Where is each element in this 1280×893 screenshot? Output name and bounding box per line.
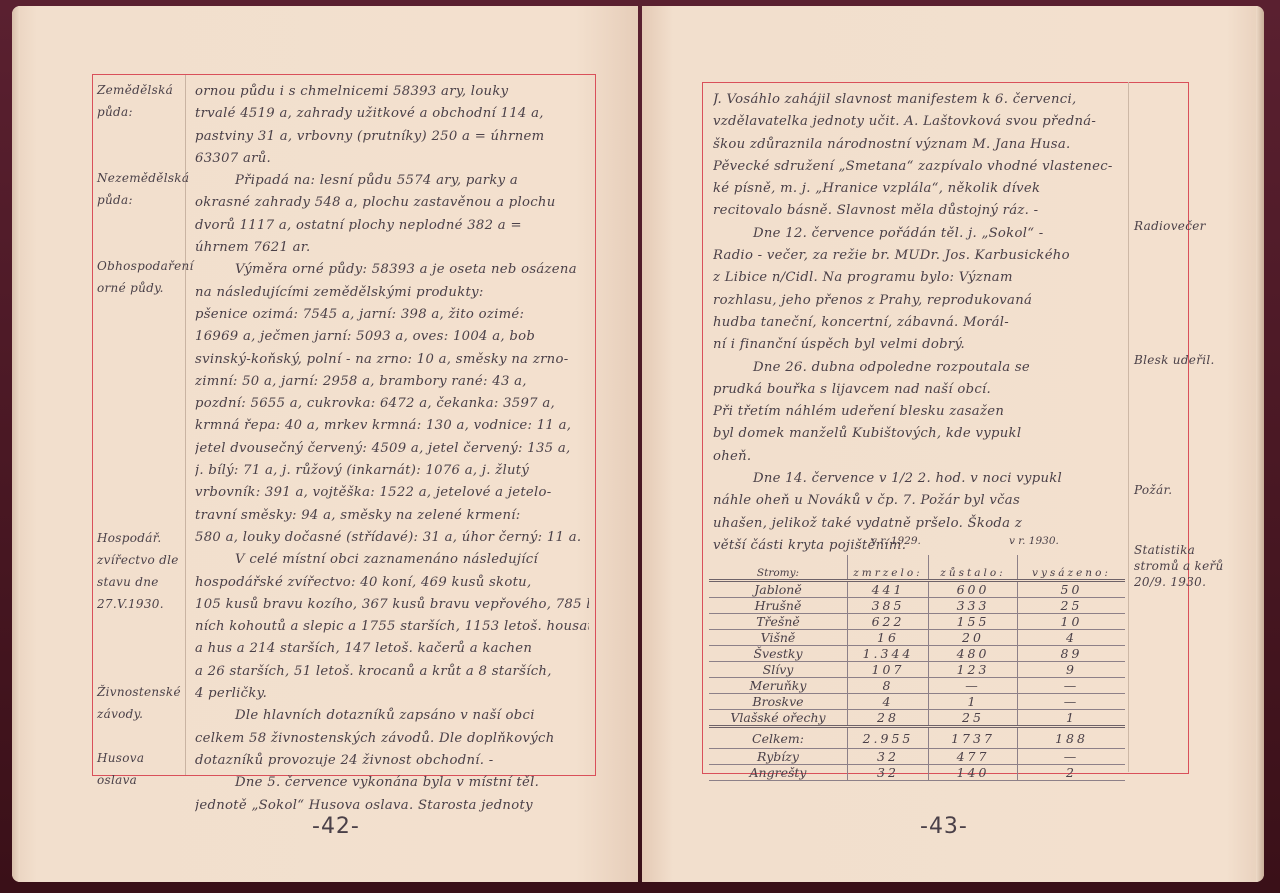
table-cell-froze: 622 <box>848 614 929 630</box>
table-cell-planted: — <box>1018 749 1126 765</box>
text-line: na následujícími zemědělskými produkty: <box>195 282 589 304</box>
side-note: Požár. <box>1134 482 1224 498</box>
text-line: svinský-koňský, polní - na zrno: 10 a, s… <box>195 349 589 371</box>
outer-margin-rule <box>1128 82 1129 772</box>
tree-statistics-table: Stromy: zmrzelo: zůstalo: vysázeno: Jabl… <box>709 555 1125 781</box>
table-cell-froze: 441 <box>848 581 929 598</box>
table-cell-planted: 89 <box>1018 646 1126 662</box>
text-line: Výměra orné půdy: 58393 a je oseta neb o… <box>195 259 589 281</box>
table-row: Višně16204 <box>709 630 1125 646</box>
table-total-row: Celkem:2.9551737188 <box>709 727 1125 749</box>
table-cell-froze: 1.344 <box>848 646 929 662</box>
text-line: oheň. <box>713 446 1183 468</box>
text-line: úhrnem 7621 ar. <box>195 237 589 259</box>
side-note: Statistika stromů a keřů 20/9. 1930. <box>1134 542 1224 590</box>
table-row: Angrešty321402 <box>709 765 1125 781</box>
text-line: ní i finanční úspěch byl velmi dobrý. <box>713 334 1183 356</box>
text-line: Dne 26. dubna odpoledne rozpoutala se <box>713 357 1183 379</box>
table-cell-name: Rybízy <box>709 749 848 765</box>
column-header: Stromy: <box>709 555 848 581</box>
side-note: Radiovečer <box>1134 218 1224 234</box>
table-cell-froze: 32 <box>848 765 929 781</box>
table-row: Třešně62215510 <box>709 614 1125 630</box>
text-line: ních kohoutů a slepic a 1755 starších, 1… <box>195 616 589 638</box>
text-line: V celé místní obci zaznamenáno následují… <box>195 549 589 571</box>
table-cell-remained: 600 <box>929 581 1018 598</box>
margin-note: Husova oslava <box>97 747 183 791</box>
text-line: krmná řepa: 40 a, mrkev krmná: 130 a, vo… <box>195 415 589 437</box>
table-cell-froze: 107 <box>848 662 929 678</box>
table-cell-name: Jabloně <box>709 581 848 598</box>
text-line: J. Vosáhlo zahájil slavnost manifestem k… <box>713 89 1183 111</box>
text-line: Při třetím náhlém udeření blesku zasažen <box>713 401 1183 423</box>
text-line: náhle oheň u Nováků v čp. 7. Požár byl v… <box>713 490 1183 512</box>
table-cell-remained: 333 <box>929 598 1018 614</box>
text-line: škou zdůraznila národnostní význam M. Ja… <box>713 134 1183 156</box>
right-page-body-text: J. Vosáhlo zahájil slavnost manifestem k… <box>713 89 1183 557</box>
table-cell-remained: 480 <box>929 646 1018 662</box>
table-row: Broskve41— <box>709 694 1125 710</box>
page-edge <box>1256 6 1264 882</box>
text-line: pozdní: 5655 a, cukrovka: 6472 a, čekank… <box>195 393 589 415</box>
page-number: -42- <box>312 814 360 839</box>
table-cell-name: Meruňky <box>709 678 848 694</box>
column-header: vysázeno: <box>1018 555 1126 581</box>
open-notebook: Zemědělská půda:Nezemědělská půda:Obhosp… <box>0 0 1280 893</box>
table-cell-remained: 140 <box>929 765 1018 781</box>
column-header: zůstalo: <box>929 555 1018 581</box>
table-cell-planted: 50 <box>1018 581 1126 598</box>
text-line: Dne 12. července pořádán těl. j. „Sokol“… <box>713 223 1183 245</box>
table-cell-planted: 2 <box>1018 765 1126 781</box>
table-cell-remained: 123 <box>929 662 1018 678</box>
right-page-frame: J. Vosáhlo zahájil slavnost manifestem k… <box>702 82 1189 774</box>
text-line: Dne 5. července vykonána byla v místní t… <box>195 772 589 794</box>
page-number: -43- <box>920 814 968 839</box>
table-cell-name: Švestky <box>709 646 848 662</box>
text-line: dotazníků provozuje 24 živnost obchodní.… <box>195 750 589 772</box>
table-cell-froze: 16 <box>848 630 929 646</box>
table-cell-planted: — <box>1018 694 1126 710</box>
text-line: hospodářské zvířectvo: 40 koní, 469 kusů… <box>195 572 589 594</box>
text-line: 4 perličky. <box>195 683 589 705</box>
text-line: a hus a 214 starších, 147 letoš. kačerů … <box>195 638 589 660</box>
table-cell-name: Hrušně <box>709 598 848 614</box>
table-cell-planted: 188 <box>1018 727 1126 749</box>
table-header-row: Stromy: zmrzelo: zůstalo: vysázeno: <box>709 555 1125 581</box>
table-cell-name: Slívy <box>709 662 848 678</box>
table-cell-planted: 1 <box>1018 710 1126 727</box>
text-line: rozhlasu, jeho přenos z Prahy, reproduko… <box>713 290 1183 312</box>
table-row: Švestky1.34448089 <box>709 646 1125 662</box>
margin-note: Obhospodaření orné půdy. <box>97 255 183 299</box>
text-line: jetel dvousečný červený: 4509 a, jetel č… <box>195 438 589 460</box>
left-page: Zemědělská půda:Nezemědělská půda:Obhosp… <box>12 6 638 882</box>
table-row: Slívy1071239 <box>709 662 1125 678</box>
table-cell-planted: 4 <box>1018 630 1126 646</box>
right-page: J. Vosáhlo zahájil slavnost manifestem k… <box>642 6 1264 882</box>
text-line: Připadá na: lesní půdu 5574 ary, parky a <box>195 170 589 192</box>
table-cell-froze: 32 <box>848 749 929 765</box>
table-cell-planted: 10 <box>1018 614 1126 630</box>
text-line: okrasné zahrady 548 a, plochu zastavěnou… <box>195 192 589 214</box>
margin-note: Hospodář. zvířectvo dle stavu dne 27.V.1… <box>97 527 183 615</box>
column-header: zmrzelo: <box>848 555 929 581</box>
text-line: ké písně, m. j. „Hranice vzplála“, někol… <box>713 178 1183 200</box>
text-line: a 26 starších, 51 letoš. krocanů a krůt … <box>195 661 589 683</box>
table-cell-name: Angrešty <box>709 765 848 781</box>
text-line: jednotě „Sokol“ Husova oslava. Starosta … <box>195 795 589 817</box>
table-cell-remained: 20 <box>929 630 1018 646</box>
table-cell-remained: 477 <box>929 749 1018 765</box>
table-cell-froze: 8 <box>848 678 929 694</box>
text-line: prudká bouřka s lijavcem nad naší obcí. <box>713 379 1183 401</box>
text-line: ornou půdu i s chmelnicemi 58393 ary, lo… <box>195 81 589 103</box>
table-cell-planted: 9 <box>1018 662 1126 678</box>
margin-note: Nezemědělská půda: <box>97 167 183 211</box>
text-line: vzdělavatelka jednoty učit. A. Laštovkov… <box>713 111 1183 133</box>
table-header-year-1929: v r. 1929. <box>871 535 921 547</box>
text-line: Dne 14. července v 1/2 2. hod. v noci vy… <box>713 468 1183 490</box>
text-line: dvorů 1117 a, ostatní plochy neplodné 38… <box>195 215 589 237</box>
left-page-body-text: ornou půdu i s chmelnicemi 58393 ary, lo… <box>195 81 589 817</box>
text-line: pastviny 31 a, vrbovny (prutníky) 250 a … <box>195 126 589 148</box>
text-line: Pěvecké sdružení „Smetana“ zazpívalo vho… <box>713 156 1183 178</box>
text-line: větší části kryta pojištěním. <box>713 535 1183 557</box>
table-cell-name: Celkem: <box>709 727 848 749</box>
text-line: Radio - večer, za režie br. MUDr. Jos. K… <box>713 245 1183 267</box>
text-line: uhašen, jelikož také vydatně pršelo. Ško… <box>713 513 1183 535</box>
text-line: recitovalo básně. Slavnost měla důstojný… <box>713 200 1183 222</box>
table-cell-planted: 25 <box>1018 598 1126 614</box>
table-header-year-1930: v r. 1930. <box>1009 535 1059 547</box>
left-page-frame: Zemědělská půda:Nezemědělská půda:Obhosp… <box>92 74 596 776</box>
table-cell-name: Vlašské ořechy <box>709 710 848 727</box>
table-cell-name: Třešně <box>709 614 848 630</box>
table-cell-name: Višně <box>709 630 848 646</box>
page-edge <box>12 6 20 882</box>
text-line: z Libice n/Cidl. Na programu bylo: Význa… <box>713 267 1183 289</box>
table-cell-froze: 28 <box>848 710 929 727</box>
text-line: byl domek manželů Kubištových, kde vypuk… <box>713 423 1183 445</box>
table-cell-remained: 1737 <box>929 727 1018 749</box>
table-cell-name: Broskve <box>709 694 848 710</box>
side-note: Blesk udeřil. <box>1134 352 1224 368</box>
text-line: 16969 a, ječmen jarní: 5093 a, oves: 100… <box>195 326 589 348</box>
table-row: Jabloně44160050 <box>709 581 1125 598</box>
text-line: travní směsky: 94 a, směsky na zelené kr… <box>195 505 589 527</box>
text-line: j. bílý: 71 a, j. růžový (inkarnát): 107… <box>195 460 589 482</box>
text-line: vrbovník: 391 a, vojtěška: 1522 a, jetel… <box>195 482 589 504</box>
text-line: trvalé 4519 a, zahrady užitkové a obchod… <box>195 103 589 125</box>
table-cell-remained: 1 <box>929 694 1018 710</box>
text-line: Dle hlavních dotazníků zapsáno v naší ob… <box>195 705 589 727</box>
table-row: Vlašské ořechy28251 <box>709 710 1125 727</box>
table-row: Hrušně38533325 <box>709 598 1125 614</box>
table-cell-froze: 385 <box>848 598 929 614</box>
text-line: 63307 arů. <box>195 148 589 170</box>
table-cell-remained: 155 <box>929 614 1018 630</box>
margin-note: Zemědělská půda: <box>97 79 183 123</box>
table-cell-froze: 4 <box>848 694 929 710</box>
margin-note: Živnostenské závody. <box>97 681 183 725</box>
text-line: 580 a, louky dočasné (střídavé): 31 a, ú… <box>195 527 589 549</box>
text-line: zimní: 50 a, jarní: 2958 a, brambory ran… <box>195 371 589 393</box>
table-row: Rybízy32477— <box>709 749 1125 765</box>
text-line: celkem 58 živnostenských závodů. Dle dop… <box>195 728 589 750</box>
table-cell-froze: 2.955 <box>848 727 929 749</box>
text-line: hudba taneční, koncertní, zábavná. Morál… <box>713 312 1183 334</box>
table-cell-remained: 25 <box>929 710 1018 727</box>
table-row: Meruňky8—— <box>709 678 1125 694</box>
text-line: pšenice ozimá: 7545 a, jarní: 398 a, žit… <box>195 304 589 326</box>
table-cell-remained: — <box>929 678 1018 694</box>
text-line: 105 kusů bravu kozího, 367 kusů bravu ve… <box>195 594 589 616</box>
table-cell-planted: — <box>1018 678 1126 694</box>
